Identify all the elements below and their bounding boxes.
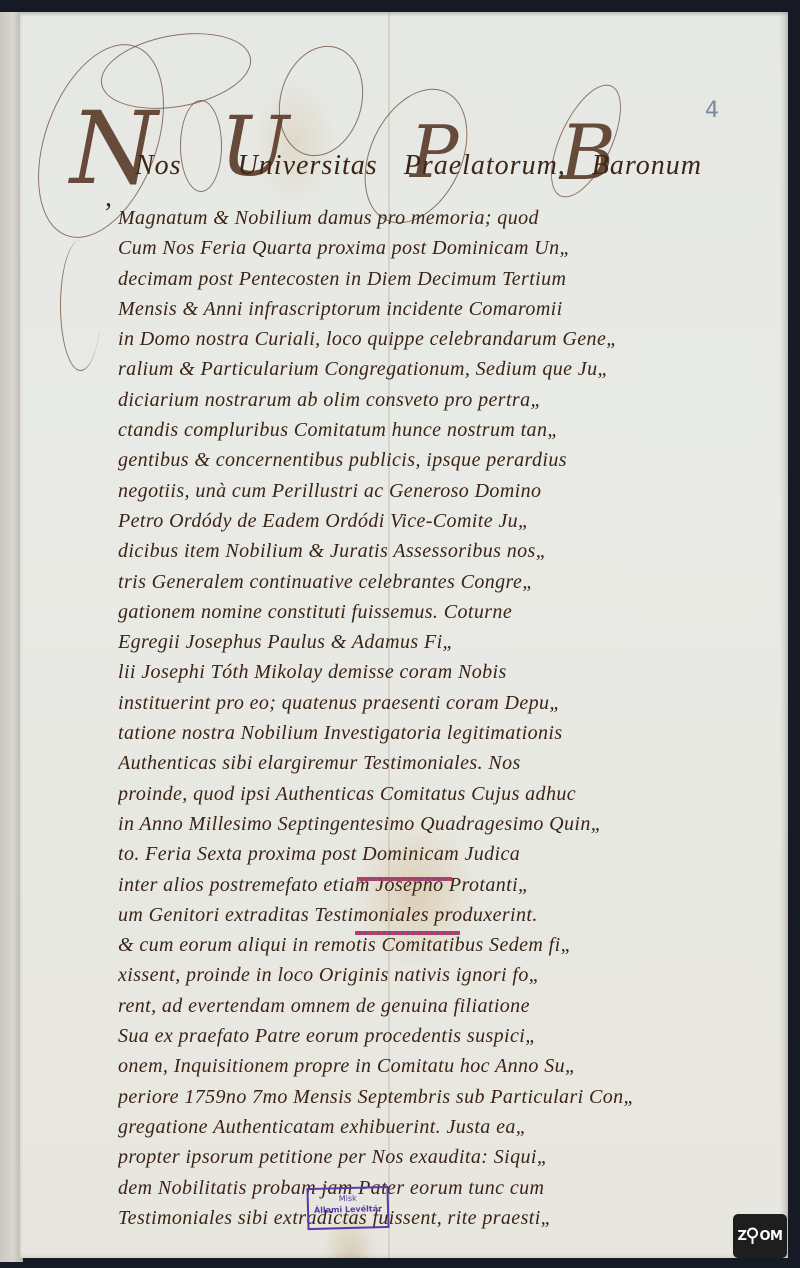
text-line: Magnatum & Nobilium damus pro memoria; q… [118, 203, 773, 233]
heading-word: Baronum [592, 150, 702, 181]
text-line: xissent, proinde in loco Originis nativi… [118, 964, 540, 986]
text-line: proinde, quod ipsi Authenticas Comitatus… [118, 779, 773, 809]
text-line: ctandis compluribus Comitatum hunce nost… [118, 415, 773, 445]
page-number: 4 [705, 98, 719, 123]
text-line: tatione nostra Nobilium Investigatoria l… [118, 718, 773, 748]
text-line: um Genitori extraditas Testimoniales pro… [118, 900, 773, 930]
text-line: Egregii Josephus Paulus & Adamus Fi„ [118, 627, 773, 657]
text-line: to. Feria Sexta proxima post Dominicam J… [118, 839, 773, 869]
text-line: negotiis, unà cum Perillustri ac Generos… [118, 476, 773, 506]
stamp-line-2: Állami Levéltár [309, 1203, 387, 1217]
manuscript-body: Magnatum & Nobilium damus pro memoria; q… [118, 203, 773, 1233]
text-line: Petro Ordódy de Eadem Ordódi Vice-Comite… [118, 506, 773, 536]
text-line: onem, Inquisitionem propre in Comitatu h… [118, 1051, 773, 1081]
heading-word: Praelatorum, [404, 150, 566, 181]
text-line: inter alios postremefato etiam Josepho P… [118, 870, 773, 900]
archive-stamp: Misk Állami Levéltár [306, 1186, 389, 1230]
text-line: lii Josephi Tóth Mikolay demisse coram N… [118, 657, 773, 687]
text-line: gationem nomine constituti fuissemus. Co… [118, 597, 773, 627]
text-line: gentibus & concernentibus publicis, ipsq… [118, 445, 773, 475]
text-line-underlined: xissent, proinde in loco Originis nativi… [118, 960, 773, 990]
text-line-underlined: Sua ex praefato Patre eorum procedentis … [118, 1021, 773, 1051]
text-line: dicibus item Nobilium & Juratis Assessor… [118, 536, 773, 566]
text-line: instituerint pro eo; quatenus praesenti … [118, 688, 773, 718]
magnifier-icon [746, 1227, 759, 1245]
zoom-label-left: Z [738, 1229, 747, 1244]
text-line: Mensis & Anni infrascriptorum incidente … [118, 294, 773, 324]
red-underline-mark [355, 931, 460, 935]
zoom-label-right: OM [759, 1229, 782, 1244]
heading-word: , [105, 182, 113, 213]
text-line: decimam post Pentecosten in Diem Decimum… [118, 264, 773, 294]
text-line: Cum Nos Feria Quarta proxima post Domini… [118, 233, 773, 263]
text-line: tris Generalem continuative celebrantes … [118, 567, 773, 597]
text-line: Sua ex praefato Patre eorum procedentis … [118, 1025, 537, 1047]
text-line: Authenticas sibi elargiremur Testimonial… [118, 748, 773, 778]
red-underline-mark [357, 877, 452, 881]
text-line: ralium & Particularium Congregationum, S… [118, 354, 773, 384]
text-line: in Domo nostra Curiali, loco quippe cele… [118, 324, 773, 354]
zoom-watermark-badge[interactable]: Z OM [733, 1214, 787, 1258]
text-line: diciarium nostrarum ab olim consveto pro… [118, 385, 773, 415]
text-line: in Anno Millesimo Septingentesimo Quadra… [118, 809, 773, 839]
bleed-through-text [560, 1090, 760, 1210]
heading-word: Nos [135, 150, 182, 181]
heading-word: Universitas [238, 150, 378, 181]
left-margin-flourish [60, 240, 101, 371]
text-line: rent, ad evertendam omnem de genuina fil… [118, 991, 773, 1021]
